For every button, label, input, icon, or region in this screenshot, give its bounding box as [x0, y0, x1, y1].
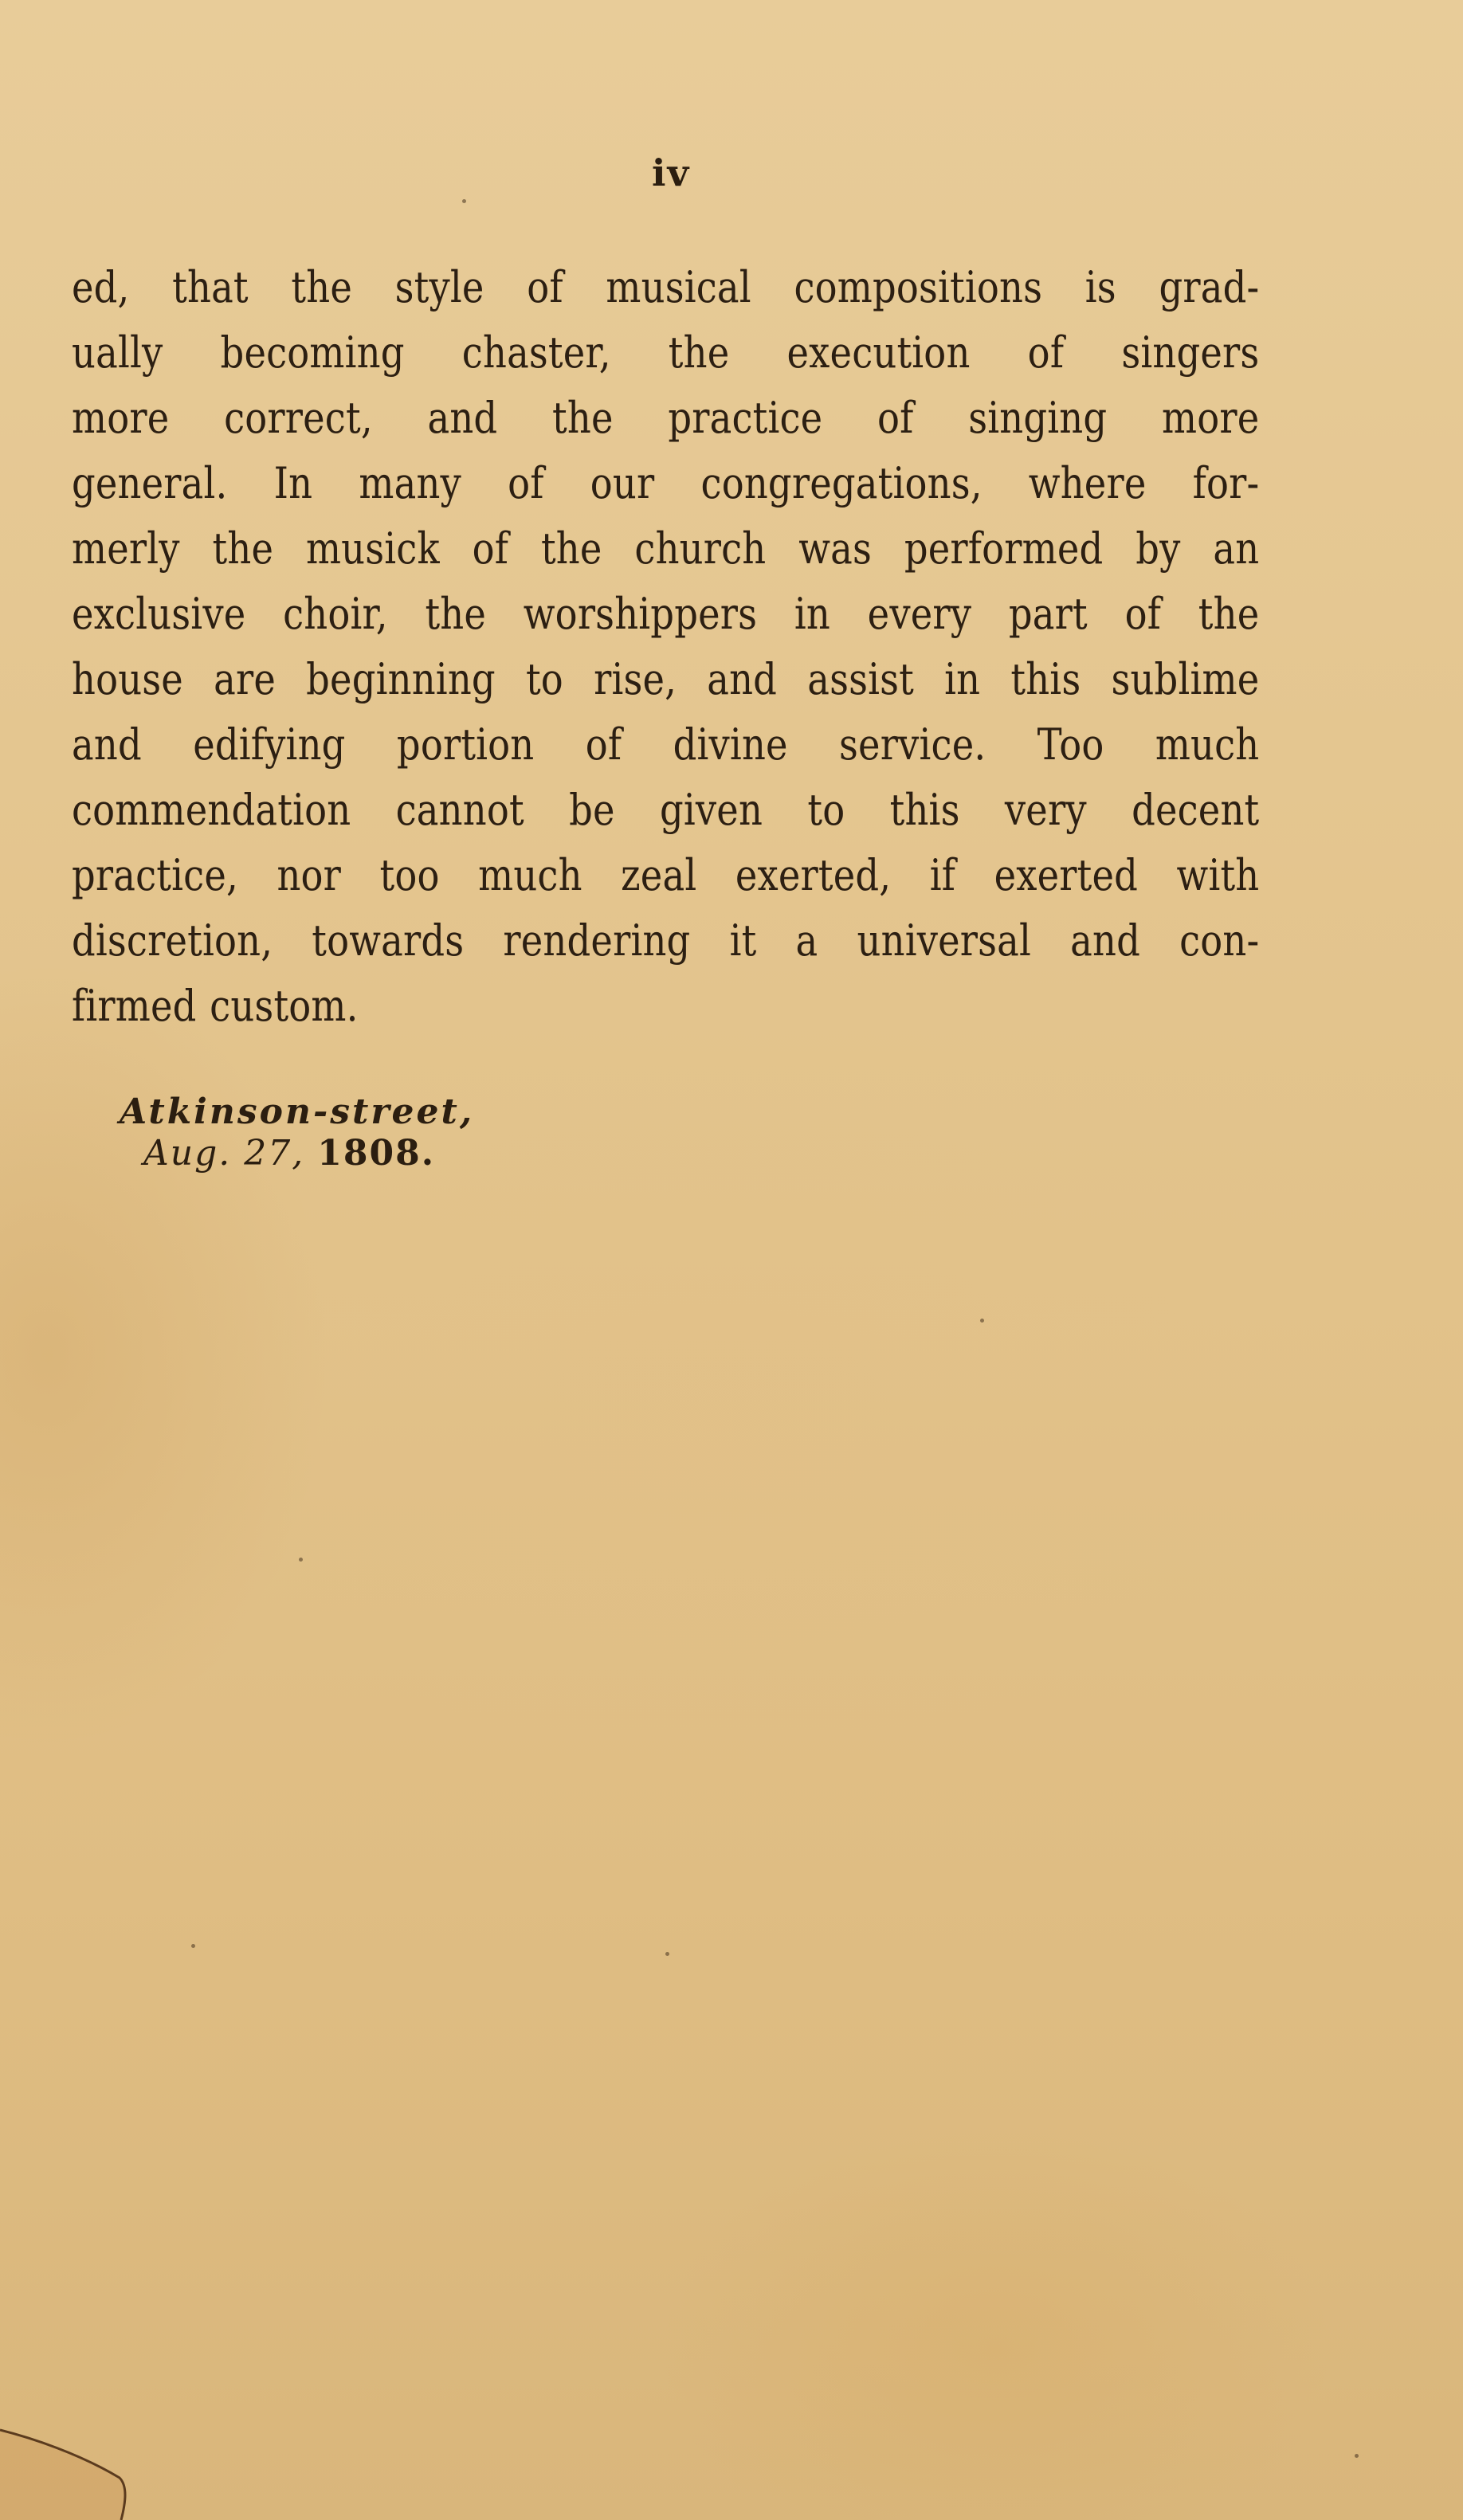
- text-line: discretion, towards rendering it a unive…: [72, 908, 1259, 974]
- text-line: commendation cannot be given to this ver…: [72, 778, 1259, 843]
- paper-speck: [191, 1944, 195, 1948]
- text-line: general. In many of our congregations, w…: [72, 451, 1259, 516]
- signature-year: 1808.: [317, 1133, 435, 1174]
- signature-place: Atkinson-street,: [120, 1091, 474, 1133]
- paper-speck: [980, 1319, 984, 1323]
- book-page: iv ed, that the style of musical composi…: [0, 0, 1463, 2520]
- signature-date-prefix: Aug. 27,: [143, 1133, 304, 1174]
- text-line: exclusive choir, the worshippers in ever…: [72, 582, 1259, 647]
- paper-speck: [1355, 2454, 1359, 2458]
- text-line: and edifying portion of divine service. …: [72, 712, 1259, 778]
- page-fold-edge: [0, 2422, 135, 2520]
- body-paragraph: ed, that the style of musical compositio…: [72, 255, 1259, 1039]
- signature-date: Aug. 27, 1808.: [120, 1133, 474, 1174]
- paper-speck: [299, 1558, 303, 1562]
- paper-speck: [462, 199, 466, 203]
- text-line: ed, that the style of musical compositio…: [72, 255, 1259, 320]
- text-line: house are beginning to rise, and assist …: [72, 647, 1259, 712]
- text-line: practice, nor too much zeal exerted, if …: [72, 843, 1259, 908]
- page-number: iv: [652, 151, 690, 194]
- text-line: ually becoming chaster, the execution of…: [72, 320, 1259, 386]
- signature-block: Atkinson-street, Aug. 27, 1808.: [120, 1091, 474, 1174]
- text-line: firmed custom.: [72, 974, 1259, 1039]
- text-line: more correct, and the practice of singin…: [72, 386, 1259, 451]
- paper-speck: [665, 1952, 669, 1956]
- text-line: merly the musick of the church was perfo…: [72, 516, 1259, 582]
